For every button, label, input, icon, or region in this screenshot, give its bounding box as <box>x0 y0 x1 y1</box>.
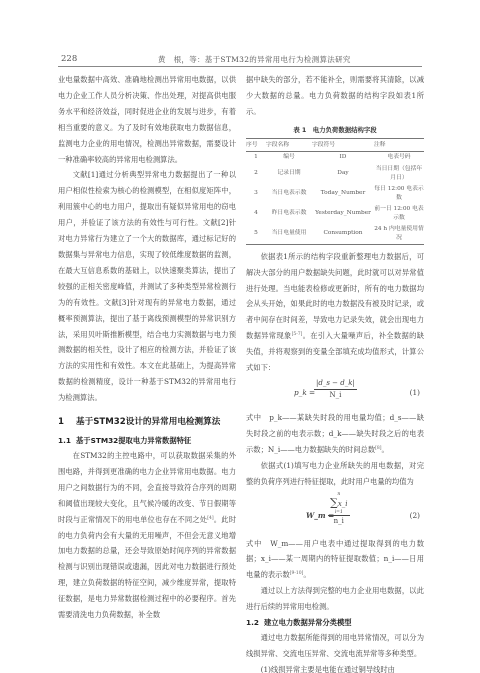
column-header: 注释 <box>374 138 424 151</box>
paragraph-literature-review: 文献[1]通过分析典型异常电力数据提出了一种以用户相似性检索为核心的检测模型，在… <box>58 167 236 406</box>
cell: Consumption <box>312 224 374 245</box>
cell: Yesterday_Number <box>312 204 374 224</box>
denominator: N_i <box>314 390 357 401</box>
cell: 4 <box>246 204 266 224</box>
cell: 编号 <box>266 151 312 164</box>
paragraph: 在STM32的主控电路中，可以获取数据采集的外围电路，并得到更准确的电力企业异常… <box>58 448 236 623</box>
paragraph: 业电量数据中高效、准确地检测出异常用电数据，以供电力企业工作人员分析决策、作出处… <box>58 72 236 167</box>
fraction: |d_s − d_k| N_i <box>314 378 357 401</box>
paragraph: 据中缺失的部分，若不能补全，则需要将其清除，以减少大数据的总量。电力负荷数据的结… <box>246 72 424 120</box>
cell: 昨日电表示数 <box>266 204 312 224</box>
running-title: 黄 根，等：基于STM32的异常用电行为检测算法研究 <box>158 54 351 65</box>
paragraph: (1)线损异常主要是电能在通过铜导线时由 <box>246 662 424 673</box>
cell: 2 <box>246 164 266 184</box>
definition-text: 式中 W_m——用户电表中通过提取得到的电力数据；x_i——某一周期内的特征提取… <box>246 539 424 580</box>
running-header: 228 黄 根，等：基于STM32的异常用电行为检测算法研究 <box>58 52 422 67</box>
paragraph: 通过电力数据所能得到的用电异常情况，可以分为线损异常、交流电压异常、交流电流异常… <box>246 630 424 662</box>
cell: 前一日 12:00 电表示数 <box>374 204 424 224</box>
sum-term: x_i <box>338 500 348 508</box>
numerator: |d_s − d_k| <box>314 378 357 390</box>
left-column: 业电量数据中高效、准确地检测出异常用电数据，以供电力企业工作人员分析决策、作出处… <box>58 72 236 623</box>
cell: 当日电表示数 <box>266 184 312 204</box>
equation-definitions: 式中 W_m——用户电表中通过提取得到的电力数据；x_i——某一周期内的特征提取… <box>246 536 424 584</box>
paragraph: 依据表1所示的结构字段重新整理电力数据后，可解决大部分的用户数据缺失问题，此时就… <box>246 249 424 376</box>
table-row: 4 昨日电表示数 Yesterday_Number 前一日 12:00 电表示数 <box>246 204 424 224</box>
column-header: 字段名称 <box>266 138 312 151</box>
section-title: 基于STM32设计的异常用电检测算法 <box>76 417 220 427</box>
data-structure-table: 序号 字段名称 字段符号 注释 1 编号 ID 电表号码 2 记录日期 Day … <box>246 138 424 245</box>
right-column: 据中缺失的部分，若不能补全，则需要将其清除，以减少大数据的总量。电力负荷数据的结… <box>246 72 424 673</box>
subsection-title: 基于STM32提取电力异常数据特征 <box>76 436 191 445</box>
numerator: n ∑x_i i=1 <box>328 492 350 516</box>
table-row: 2 记录日期 Day 当日日期（包括年月日） <box>246 164 424 184</box>
page-number: 228 <box>61 54 77 64</box>
subsection-number: 1.1 <box>58 433 76 448</box>
cell: 1 <box>246 151 266 164</box>
cell: 电表号码 <box>374 151 424 164</box>
equation-number: (1) <box>410 385 420 401</box>
table-caption: 表 1 电力负荷数据结构字段 <box>246 124 424 136</box>
table-row: 3 当日电表示数 Today_Number 每日 12:00 电表示数 <box>246 184 424 204</box>
table-row: 5 当日电量使用 Consumption 24 h 内电量使用情况 <box>246 224 424 245</box>
cell: Today_Number <box>312 184 374 204</box>
section-number: 1 <box>58 415 76 429</box>
cell: 3 <box>246 184 266 204</box>
denominator: n_i <box>328 516 350 527</box>
citation: [8] <box>375 446 381 451</box>
subsection-heading-1-1: 1.1基于STM32提取电力异常数据特征 <box>58 433 236 448</box>
table-row: 1 编号 ID 电表号码 <box>246 151 424 164</box>
paragraph: 通过以上方法得到完整的电力企业用电数据，以此进行后续的异常用电检测。 <box>246 583 424 615</box>
sum-lower-limit: i=1 <box>330 510 348 515</box>
paragraph-text: 文献[1]通过分析典型异常电力数据提出了一种以用户相似性检索为核心的检测模型，在… <box>58 170 236 402</box>
table-header-row: 序号 字段名称 字段符号 注释 <box>246 138 424 151</box>
citation: [5-7] <box>292 332 303 337</box>
equation-1: p_k = |d_s − d_k| N_i (1) <box>246 378 424 408</box>
equation-2: W_m = n ∑x_i i=1 n_i (2) <box>246 492 424 534</box>
fraction: n ∑x_i i=1 n_i <box>328 492 350 527</box>
equation-lhs: p_k = <box>294 385 315 401</box>
subsection-number: 1.2 <box>246 615 264 630</box>
cell: 当日电量使用 <box>266 224 312 245</box>
equation-number: (2) <box>410 508 420 524</box>
section-heading-1: 1基于STM32设计的异常用电检测算法 <box>58 415 236 429</box>
cell: 24 h 内电量使用情况 <box>374 224 424 245</box>
equation-definitions: 式中 p_k——某缺失时段的用电量均值；d_s——缺失时段之前的电表示数；d_k… <box>246 410 424 458</box>
sigma-icon: ∑ <box>330 496 338 509</box>
cell: ID <box>312 151 374 164</box>
definition-text: 式中 p_k——某缺失时段的用电量均值；d_s——缺失时段之前的电表示数；d_k… <box>246 413 424 454</box>
paragraph-text: 依据表1所示的结构字段重新整理电力数据后，可解决大部分的用户数据缺失问题，此时就… <box>246 252 424 341</box>
subsection-title: 建立电力数据异常分类模型 <box>264 618 352 627</box>
citation: [9-10] <box>290 571 304 576</box>
subsection-heading-1-2: 1.2建立电力数据异常分类模型 <box>246 615 424 630</box>
paragraph-text: 。此时的电力负荷内会有大量的无用噪声，不但会无意义地增加电力数据的总量，还会导致… <box>58 515 236 619</box>
cell: 每日 12:00 电表示数 <box>374 184 424 204</box>
cell: Day <box>312 164 374 184</box>
column-header: 序号 <box>246 138 266 151</box>
cell: 5 <box>246 224 266 245</box>
paragraph: 依据式(1)填写电力企业所缺失的用电数据，对完整的负荷序列进行特征提取，此时用户… <box>246 458 424 490</box>
cell: 当日日期（包括年月日） <box>374 164 424 184</box>
cell: 记录日期 <box>266 164 312 184</box>
paragraph-text: 在STM32的主控电路中，可以获取数据采集的外围电路，并得到更准确的电力企业异常… <box>58 451 236 524</box>
column-header: 字段符号 <box>312 138 374 151</box>
